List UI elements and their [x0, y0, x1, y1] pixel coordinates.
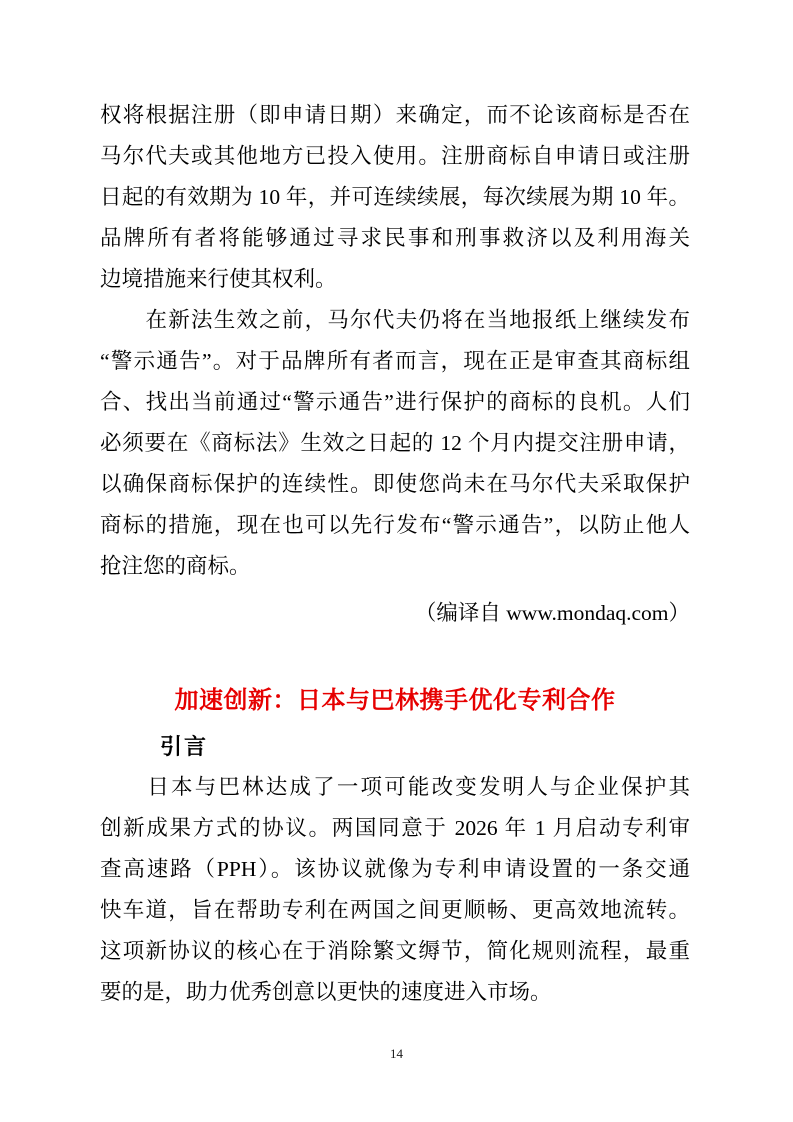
text-line: 日本与巴林达成了一项可能改变发明人与企业保护其 [100, 767, 690, 808]
text-line: 日起的有效期为 10 年，并可连续续展，每次续展为期 10 年。 [100, 177, 690, 218]
section-heading-introduction: 引言 [100, 726, 690, 767]
text-line: 这项新协议的核心在于消除繁文缛节，简化规则流程，最重 [100, 931, 690, 972]
text-line: 商标的措施，现在也可以先行发布“警示通告”，以防止他人 [100, 505, 690, 546]
text-line: 边境措施来行使其权利。 [100, 259, 690, 300]
text-line: 要的是，助力优秀创意以更快的速度进入市场。 [100, 972, 690, 1013]
document-page: 权将根据注册（即申请日期）来确定，而不论该商标是否在马尔代夫或其他地方已投入使用… [0, 0, 793, 1122]
text-line: 抢注您的商标。 [100, 546, 690, 587]
text-line: 创新成果方式的协议。两国同意于 2026 年 1 月启动专利审 [100, 808, 690, 849]
source-attribution: （编译自 www.mondaq.com） [100, 593, 690, 634]
paragraph-japan-bahrain-pph: 日本与巴林达成了一项可能改变发明人与企业保护其创新成果方式的协议。两国同意于 2… [100, 767, 690, 1013]
text-line: 在新法生效之前，马尔代夫仍将在当地报纸上继续发布 [100, 300, 690, 341]
text-line: 快车道，旨在帮助专利在两国之间更顺畅、更高效地流转。 [100, 890, 690, 931]
paragraph-cautionary-notices: 在新法生效之前，马尔代夫仍将在当地报纸上继续发布“警示通告”。对于品牌所有者而言… [100, 300, 690, 587]
page-number: 14 [0, 1046, 793, 1062]
paragraph-trademark-registration: 权将根据注册（即申请日期）来确定，而不论该商标是否在马尔代夫或其他地方已投入使用… [100, 95, 690, 300]
text-line: 马尔代夫或其他地方已投入使用。注册商标自申请日或注册 [100, 136, 690, 177]
text-line: 权将根据注册（即申请日期）来确定，而不论该商标是否在 [100, 95, 690, 136]
article-title: 加速创新：日本与巴林携手优化专利合作 [100, 678, 690, 724]
text-line: 品牌所有者将能够通过寻求民事和刑事救济以及利用海关 [100, 218, 690, 259]
text-line: 查高速路（PPH）。该协议就像为专利申请设置的一条交通 [100, 849, 690, 890]
text-line: 以确保商标保护的连续性。即使您尚未在马尔代夫采取保护 [100, 464, 690, 505]
text-line: “警示通告”。对于品牌所有者而言，现在正是审查其商标组 [100, 341, 690, 382]
text-line: 合、找出当前通过“警示通告”进行保护的商标的良机。人们 [100, 382, 690, 423]
text-line: 必须要在《商标法》生效之日起的 12 个月内提交注册申请， [100, 423, 690, 464]
